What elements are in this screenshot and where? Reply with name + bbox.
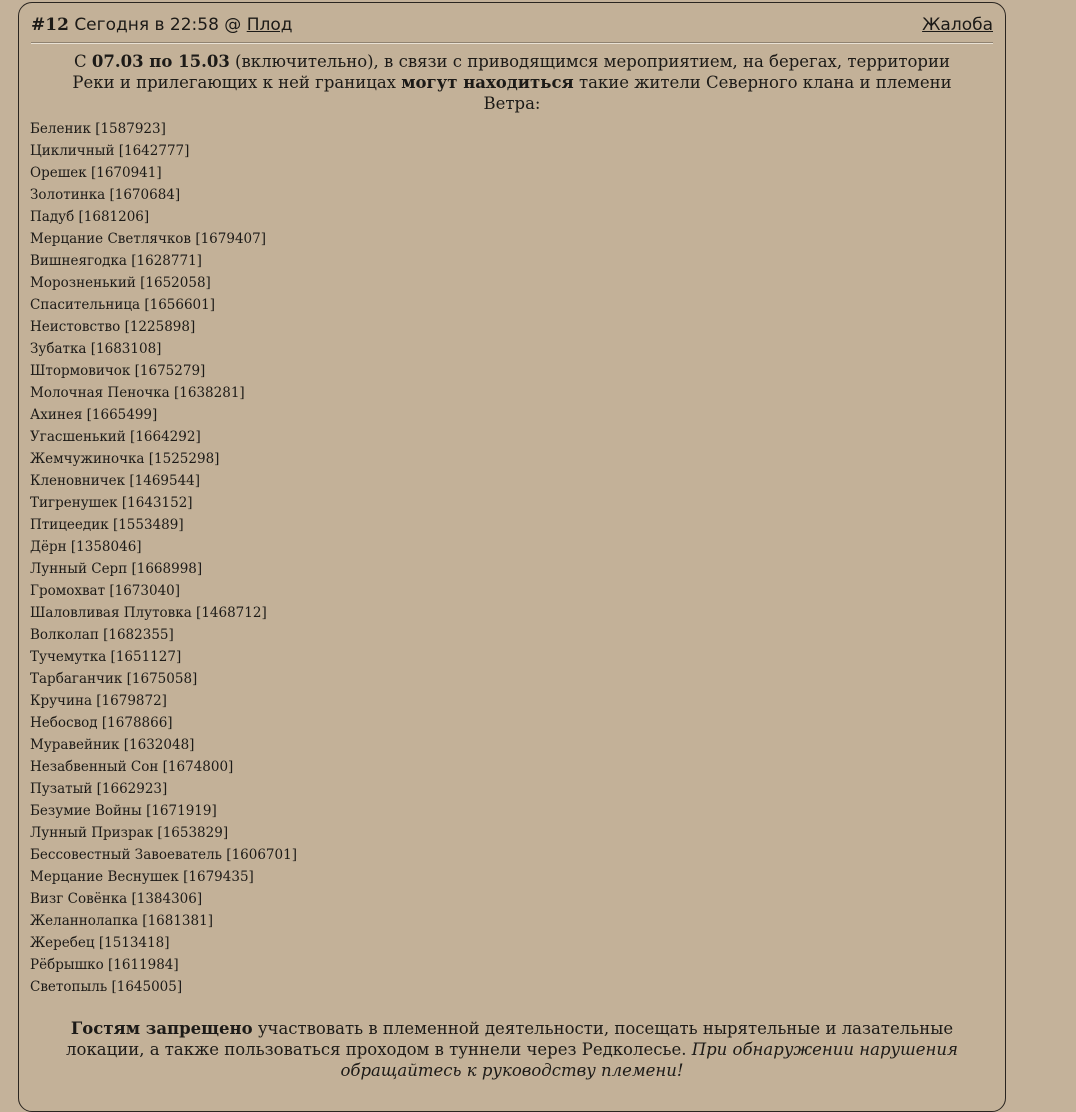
list-item: Тучемутка [1651127] xyxy=(30,646,297,668)
list-item: Лунный Серп [1668998] xyxy=(30,558,297,580)
list-item: Цикличный [1642777] xyxy=(30,140,297,162)
list-item: Ахинея [1665499] xyxy=(30,404,297,426)
list-item: Пузатый [1662923] xyxy=(30,778,297,800)
at-sign: @ xyxy=(224,15,241,35)
list-item: Кленовничек [1469544] xyxy=(30,470,297,492)
footer-paragraph: Гостям запрещено участвовать в племенной… xyxy=(35,1018,989,1080)
list-item: Лунный Призрак [1653829] xyxy=(30,822,297,844)
list-item: Беленик [1587923] xyxy=(30,118,297,140)
list-item: Жеребец [1513418] xyxy=(30,932,297,954)
post-number: #12 xyxy=(31,15,69,35)
list-item: Шаловливая Плутовка [1468712] xyxy=(30,602,297,624)
list-item: Мерцание Веснушек [1679435] xyxy=(30,866,297,888)
list-item: Тигренушек [1643152] xyxy=(30,492,297,514)
list-item: Волколап [1682355] xyxy=(30,624,297,646)
list-item: Спасительница [1656601] xyxy=(30,294,297,316)
list-item: Светопыль [1645005] xyxy=(30,976,297,998)
list-item: Небосвод [1678866] xyxy=(30,712,297,734)
list-item: Безумие Войны [1671919] xyxy=(30,800,297,822)
author-link[interactable]: Плод xyxy=(247,15,293,35)
list-item: Кручина [1679872] xyxy=(30,690,297,712)
list-item: Падуб [1681206] xyxy=(30,206,297,228)
list-item: Муравейник [1632048] xyxy=(30,734,297,756)
header-divider xyxy=(31,42,993,44)
post-header: #12 Сегодня в 22:58 @ Плод Жалоба xyxy=(31,12,993,38)
footer-bold: Гостям запрещено xyxy=(71,1019,253,1038)
list-item: Тарбаганчик [1675058] xyxy=(30,668,297,690)
list-item: Жемчужиночка [1525298] xyxy=(30,448,297,470)
list-item: Угасшенький [1664292] xyxy=(30,426,297,448)
list-item: Дёрн [1358046] xyxy=(30,536,297,558)
list-item: Штормовичок [1675279] xyxy=(30,360,297,382)
list-item: Орешек [1670941] xyxy=(30,162,297,184)
intro-paragraph: С 07.03 по 15.03 (включительно), в связи… xyxy=(59,51,965,114)
post-datetime: Сегодня в 22:58 xyxy=(74,15,219,35)
list-item: Морозненький [1652058] xyxy=(30,272,297,294)
list-item: Желаннолапка [1681381] xyxy=(30,910,297,932)
list-item: Золотинка [1670684] xyxy=(30,184,297,206)
list-item: Неистовство [1225898] xyxy=(30,316,297,338)
intro-dates: 07.03 по 15.03 xyxy=(92,52,230,71)
intro-prefix: С xyxy=(74,52,92,71)
list-item: Визг Совёнка [1384306] xyxy=(30,888,297,910)
list-item: Громохват [1673040] xyxy=(30,580,297,602)
list-item: Бессовестный Завоеватель [1606701] xyxy=(30,844,297,866)
list-item: Зубатка [1683108] xyxy=(30,338,297,360)
report-link[interactable]: Жалоба xyxy=(922,15,993,35)
post-meta: #12 Сегодня в 22:58 @ Плод xyxy=(31,15,293,35)
resident-list: Беленик [1587923]Цикличный [1642777]Ореш… xyxy=(30,118,297,998)
intro-bold: могут находиться xyxy=(401,73,574,92)
list-item: Молочная Пеночка [1638281] xyxy=(30,382,297,404)
list-item: Рёбрышко [1611984] xyxy=(30,954,297,976)
list-item: Птицеедик [1553489] xyxy=(30,514,297,536)
forum-post: #12 Сегодня в 22:58 @ Плод Жалоба С 07.0… xyxy=(18,2,1006,1080)
list-item: Вишнеягодка [1628771] xyxy=(30,250,297,272)
list-item: Мерцание Светлячков [1679407] xyxy=(30,228,297,250)
list-item: Незабвенный Сон [1674800] xyxy=(30,756,297,778)
